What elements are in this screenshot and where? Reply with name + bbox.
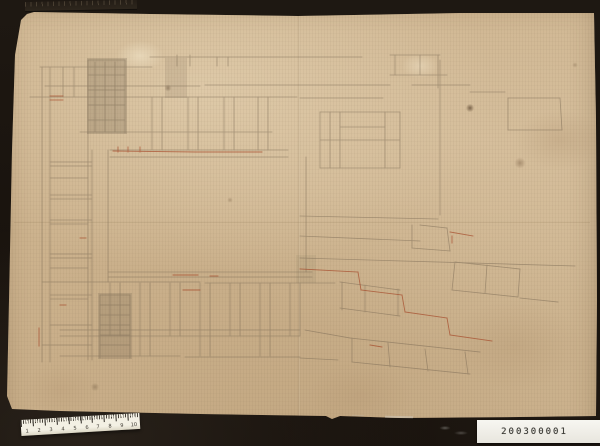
ruler-mark: 3: [44, 418, 57, 435]
ruler-number: 3: [46, 427, 57, 434]
scanned-drawing-page: 12345678910 200300001: [0, 0, 600, 446]
plan-line: [358, 272, 361, 290]
plan-line: [388, 343, 390, 367]
plan-line: [113, 151, 195, 152]
plan-line: [405, 312, 447, 318]
ruler-mark: 4: [56, 417, 69, 434]
plan-line: [300, 216, 438, 219]
plan-line: [402, 295, 405, 312]
plan-line: [447, 318, 450, 335]
shading-patch: [87, 58, 127, 134]
plan-line: [560, 98, 562, 130]
ruler-mark: 8: [104, 414, 117, 431]
plan-line: [412, 248, 450, 251]
plan-line: [370, 345, 382, 347]
aged-paper-sheet: [0, 0, 600, 446]
ruler-mark: 7: [92, 415, 105, 432]
ruler-number: 2: [34, 427, 45, 434]
plan-line: [340, 308, 400, 316]
ruler-mark: 6: [80, 416, 93, 433]
ruler-number: 6: [81, 424, 92, 431]
plan-line: [455, 262, 520, 269]
ruler-number: 8: [105, 423, 116, 430]
torn-edge-mark: [385, 416, 413, 418]
plan-line: [300, 258, 575, 266]
ruler-number: 10: [129, 422, 140, 429]
plan-line: [420, 225, 447, 228]
plan-line: [450, 232, 473, 236]
plan-line: [350, 338, 480, 352]
plan-line: [361, 290, 402, 295]
faint-background-marks: [437, 424, 471, 437]
ruler-mark: 10: [127, 413, 140, 430]
ruler-mark: 9: [116, 414, 129, 431]
plan-line: [452, 262, 455, 290]
plan-line: [300, 358, 338, 360]
ruler-number: 4: [58, 426, 69, 433]
shading-patch: [165, 58, 187, 98]
bottom-scale-ruler: 12345678910: [21, 413, 141, 436]
ruler-mark: 1: [21, 419, 34, 436]
plan-line: [485, 265, 487, 293]
top-scale-ruler-icon: [25, 0, 137, 12]
floor-plan-drawing: [0, 0, 600, 446]
pencil-shading-patches: [87, 58, 316, 359]
ruler-mark: 2: [32, 419, 45, 436]
ruler-number: 1: [22, 428, 33, 435]
ruler-number: 7: [93, 424, 104, 431]
plan-line: [352, 362, 470, 374]
plan-line: [447, 228, 450, 251]
plan-line: [305, 330, 350, 338]
archive-label: 200300001: [477, 420, 600, 443]
ruler-mark: 5: [68, 416, 81, 433]
plan-line: [340, 282, 400, 290]
plan-line: [300, 236, 420, 241]
plan-line: [465, 352, 468, 374]
ruler-number: 5: [69, 425, 80, 432]
plan-line: [518, 269, 520, 297]
plan-line: [450, 335, 492, 341]
plan-line: [520, 298, 558, 302]
ruler-number: 9: [117, 422, 128, 429]
archive-id-text: 200300001: [501, 427, 568, 437]
torn-edge-mark-small: [352, 415, 364, 416]
plan-line: [425, 349, 428, 371]
shading-patch: [98, 293, 132, 359]
